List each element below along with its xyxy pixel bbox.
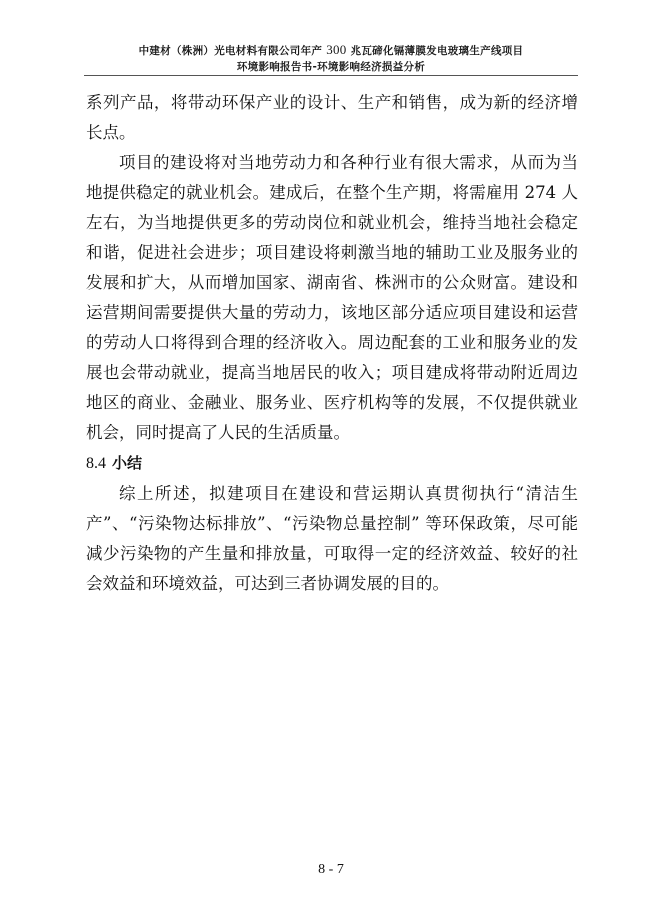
paragraph-continued: 系列产品，将带动环保产业的设计、生产和销售，成为新的经济增长点。 <box>86 88 578 148</box>
header-title-capacity: 300 <box>326 42 346 57</box>
section-number: 8.4 <box>86 455 106 472</box>
document-body: 系列产品，将带动环保产业的设计、生产和销售，成为新的经济增长点。 项目的建设将对… <box>86 88 578 599</box>
page-header: 中建材（株洲）光电材料有限公司年产 300 兆瓦碲化镉薄膜发电玻璃生产线项目 环… <box>84 42 578 75</box>
paragraph-employment: 项目的建设将对当地劳动力和各种行业有很大需求，从而为当地提供稳定的就业机会。建成… <box>86 148 578 448</box>
section-title: 小结 <box>112 454 142 472</box>
section-heading: 8.4小结 <box>86 448 578 479</box>
paragraph-summary: 综上所述，拟建项目在建设和营运期认真贯彻执行“清洁生产”、“污染物达标排放”、“… <box>86 479 578 599</box>
header-title-suffix: 兆瓦碲化镉薄膜发电玻璃生产线项目 <box>351 45 524 57</box>
header-divider <box>84 75 578 76</box>
header-title-line1: 中建材（株洲）光电材料有限公司年产 300 兆瓦碲化镉薄膜发电玻璃生产线项目 <box>84 42 578 59</box>
header-title-prefix: 中建材（株洲）光电材料有限公司年产 <box>139 45 323 57</box>
header-title-line2: 环境影响报告书-环境影响经济损益分析 <box>84 59 578 75</box>
page-number: 8 - 7 <box>0 862 662 878</box>
